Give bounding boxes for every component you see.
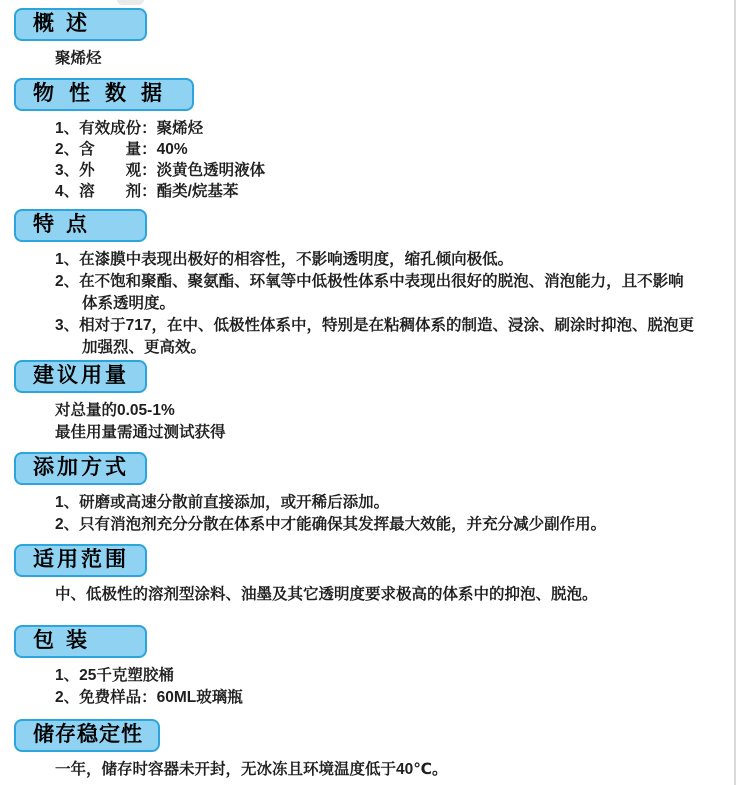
section-storage-stability: 储存稳定性 一年，储存时容器未开封，无冰冻且环境温度低于40℃。 — [0, 719, 741, 781]
section-packaging: 包装 1、25千克塑胶桶 2、免费样品：60ML玻璃瓶 — [0, 625, 741, 709]
section-header-packaging: 包装 — [14, 625, 147, 658]
scope-text: 中、低极性的溶剂型涂料、油墨及其它透明度要求极高的体系中的抑泡、脱泡。 — [55, 584, 696, 606]
section-features: 特点 1、在漆膜中表现出极好的相容性，不影响透明度，缩孔倾向极低。 2、在不饱和… — [0, 209, 741, 359]
section-application-scope: 适用范围 中、低极性的溶剂型涂料、油墨及其它透明度要求极高的体系中的抑泡、脱泡。 — [0, 544, 741, 606]
list-item: 1、25千克塑胶桶 — [55, 665, 696, 687]
list-item: 4、溶 剂：酯类/烷基苯 — [55, 181, 696, 202]
section-header-overview: 概述 — [14, 8, 147, 41]
section-header-physical-properties: 物性数据 — [14, 78, 194, 111]
section-overview: 概述 聚烯烃 — [0, 8, 741, 69]
list-item: 2、在不饱和聚酯、聚氨酯、环氧等中低极性体系中表现出很好的脱泡、消泡能力，且不影… — [55, 271, 696, 315]
section-header-application-scope: 适用范围 — [14, 544, 147, 577]
section-header-features: 特点 — [14, 209, 147, 242]
section-physical-properties: 物性数据 1、有效成份：聚烯烃 2、含 量：40% 3、外 观：淡黄色透明液体 … — [0, 78, 741, 202]
section-addition-method: 添加方式 1、研磨或高速分散前直接添加，或开稀后添加。 2、只有消泡剂充分分散在… — [0, 452, 741, 536]
dosage-text: 对总量的0.05-1% — [55, 400, 696, 422]
section-recommended-dosage: 建议用量 对总量的0.05-1% 最佳用量需通过测试获得 — [0, 360, 741, 444]
list-item: 2、免费样品：60ML玻璃瓶 — [55, 687, 696, 709]
list-item: 3、外 观：淡黄色透明液体 — [55, 160, 696, 181]
section-header-addition-method: 添加方式 — [14, 452, 147, 485]
storage-text: 一年，储存时容器未开封，无冰冻且环境温度低于40℃。 — [55, 759, 696, 781]
list-item: 1、研磨或高速分散前直接添加，或开稀后添加。 — [55, 492, 696, 514]
list-item: 1、在漆膜中表现出极好的相容性，不影响透明度，缩孔倾向极低。 — [55, 249, 696, 271]
overview-text: 聚烯烃 — [55, 48, 696, 69]
top-edge-cropped-tab — [117, 0, 144, 5]
list-item: 2、只有消泡剂充分分散在体系中才能确保其发挥最大效能，并充分减少副作用。 — [55, 514, 696, 536]
dosage-text: 最佳用量需通过测试获得 — [55, 422, 696, 444]
list-item: 1、有效成份：聚烯烃 — [55, 118, 696, 139]
section-header-recommended-dosage: 建议用量 — [14, 360, 147, 393]
section-header-storage-stability: 储存稳定性 — [14, 719, 160, 752]
list-item: 3、相对于717，在中、低极性体系中，特别是在粘稠体系的制造、浸涂、刷涂时抑泡、… — [55, 315, 696, 359]
list-item: 2、含 量：40% — [55, 139, 696, 160]
